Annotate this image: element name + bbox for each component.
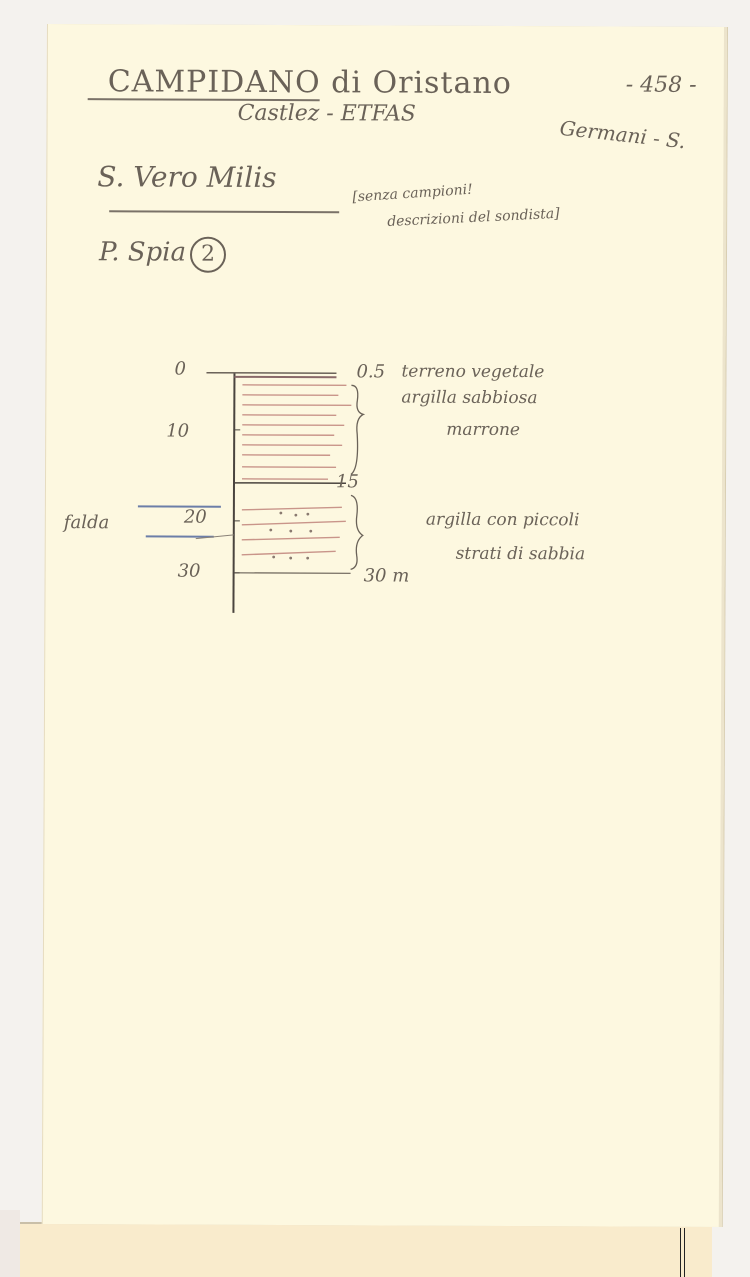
- page-title: CAMPIDANO di Oristano: [108, 64, 512, 101]
- depth-tick-20: 20: [184, 507, 207, 528]
- site-name: S. Vero Milis: [97, 160, 276, 194]
- layer-3-description-line-1: argilla con piccoli: [426, 510, 580, 531]
- layer-1-description: terreno vegetale: [401, 362, 544, 383]
- well-label: P. Spia: [99, 237, 186, 267]
- bracket-note-line-2: descrizioni del sondista]: [387, 206, 560, 230]
- well-id: P. Spia2: [99, 236, 226, 273]
- layer-3-description-line-2: strati di sabbia: [456, 544, 586, 565]
- boundary-30: 30 m: [364, 565, 410, 586]
- site-underline: [109, 210, 339, 213]
- subtitle: Castlez - ETFAS: [238, 101, 416, 127]
- background-strip: [0, 1210, 20, 1277]
- boundary-0-5: 0.5: [356, 361, 385, 382]
- water-table-label: falda: [64, 512, 109, 533]
- layer-2-description-line-1: argilla sabbiosa: [401, 388, 537, 409]
- binding-edge: [680, 1228, 685, 1277]
- boundary-15: 15: [336, 471, 359, 492]
- bracket-note-line-1: [senza campioni!: [352, 182, 473, 206]
- layer-2-description-line-2: marrone: [446, 420, 520, 440]
- depth-tick-30: 30: [178, 561, 201, 582]
- underlying-page: [20, 1222, 712, 1277]
- depth-tick-10: 10: [166, 421, 189, 442]
- notebook-page: CAMPIDANO di Oristano - 458 - Castlez - …: [42, 24, 727, 1227]
- well-number-circle: 2: [190, 237, 226, 273]
- page-number: - 458 -: [626, 73, 697, 98]
- side-note: Germani - S.: [559, 116, 687, 154]
- depth-tick-0: 0: [174, 359, 186, 380]
